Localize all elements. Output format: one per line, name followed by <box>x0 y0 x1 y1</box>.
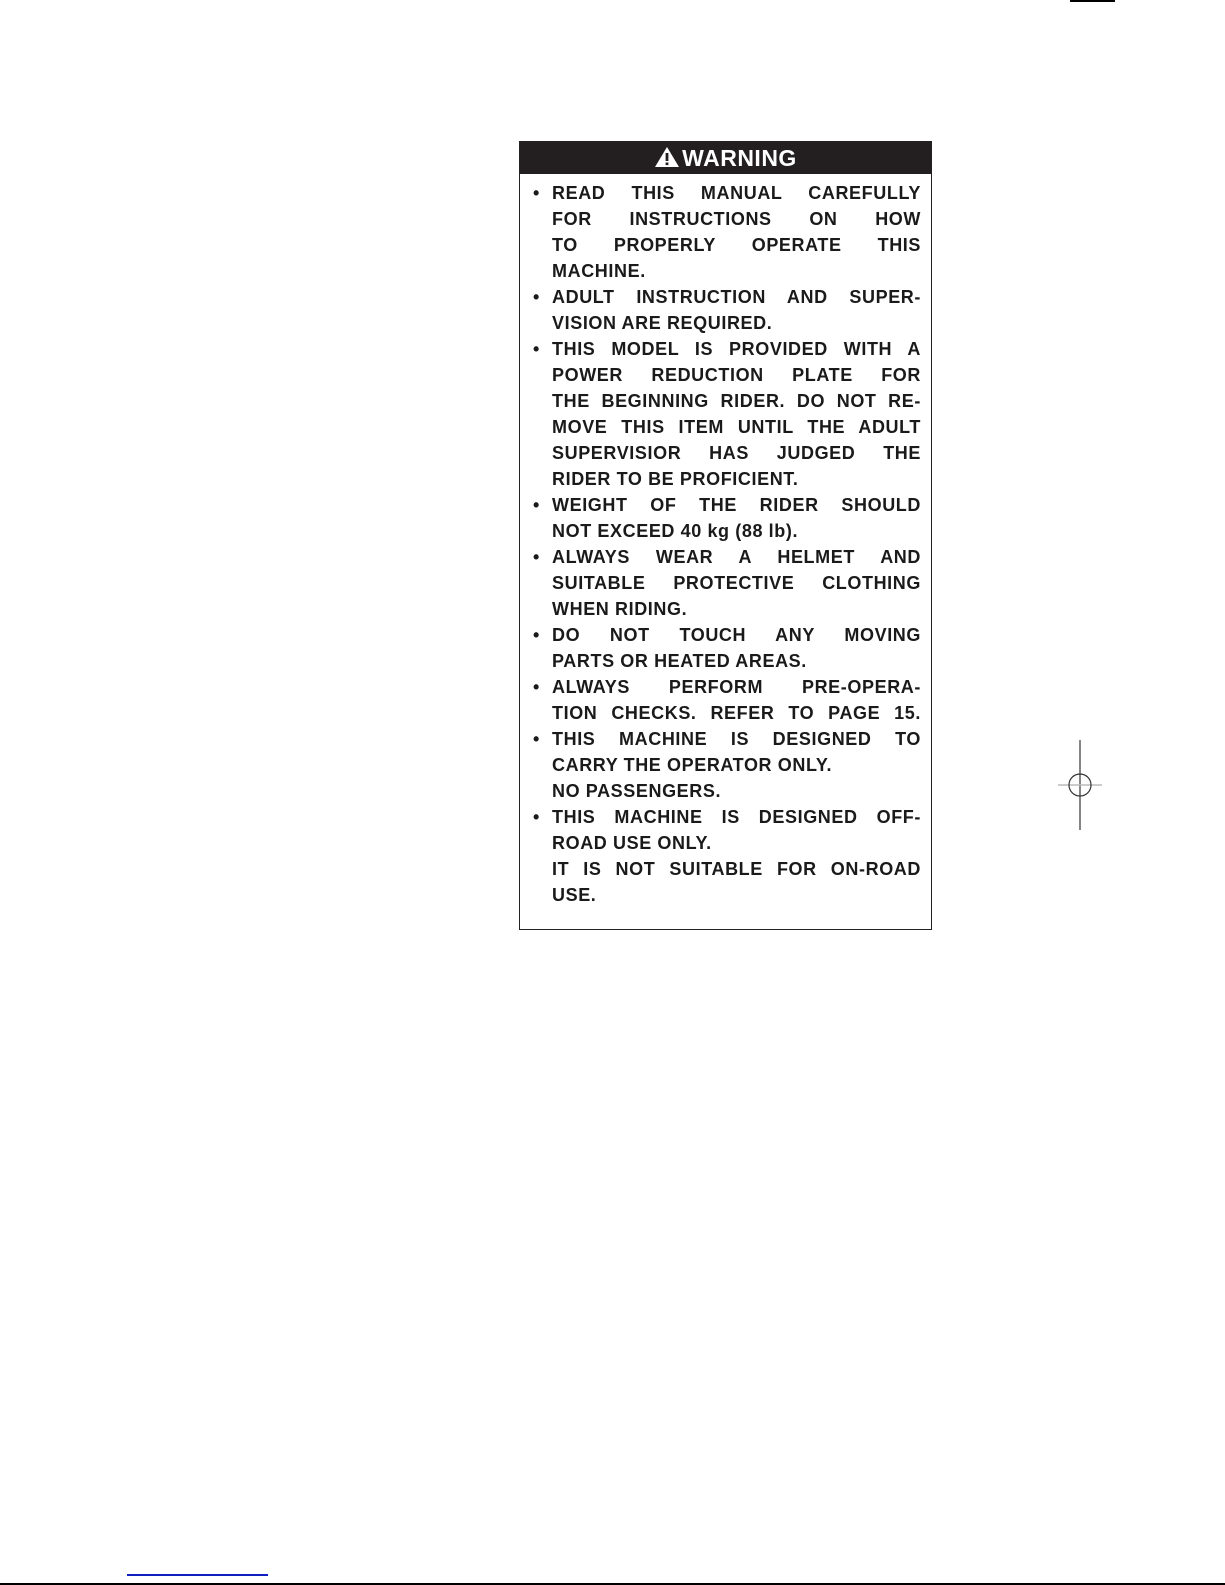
warning-line: RIDER TO BE PROFICIENT. <box>552 466 921 492</box>
warning-line: ADULT INSTRUCTION AND SUPER- <box>552 284 921 310</box>
warning-line: CARRY THE OPERATOR ONLY. <box>552 752 921 778</box>
warning-box: WARNING • READ THIS MANUAL CAREFULLY FOR… <box>519 141 932 930</box>
warning-line: USE. <box>552 882 921 908</box>
bullet: • <box>533 284 540 310</box>
warning-item: • DO NOT TOUCH ANY MOVING PARTS OR HEATE… <box>530 622 921 674</box>
blue-underline-mark <box>127 1574 268 1576</box>
bullet: • <box>533 492 540 518</box>
bullet: • <box>533 674 540 700</box>
warning-line: SUITABLE PROTECTIVE CLOTHING <box>552 570 921 596</box>
warning-line: TO PROPERLY OPERATE THIS <box>552 232 921 258</box>
bullet: • <box>533 336 540 362</box>
warning-item: • WEIGHT OF THE RIDER SHOULD NOT EXCEED … <box>530 492 921 544</box>
warning-line: WEIGHT OF THE RIDER SHOULD <box>552 492 921 518</box>
warning-triangle-icon <box>654 146 680 168</box>
warning-line: DO NOT TOUCH ANY MOVING <box>552 622 921 648</box>
warning-item: • THIS MODEL IS PROVIDED WITH A POWER RE… <box>530 336 921 492</box>
bullet: • <box>533 726 540 752</box>
warning-line: TION CHECKS. REFER TO PAGE 15. <box>552 700 921 726</box>
bullet: • <box>533 622 540 648</box>
warning-line: FOR INSTRUCTIONS ON HOW <box>552 206 921 232</box>
bullet: • <box>533 544 540 570</box>
warning-line: PARTS OR HEATED AREAS. <box>552 648 921 674</box>
warning-line: THIS MACHINE IS DESIGNED TO <box>552 726 921 752</box>
crop-mark-top <box>1070 0 1115 2</box>
warning-line: NOT EXCEED 40 kg (88 lb). <box>552 518 921 544</box>
warning-line: THIS MACHINE IS DESIGNED OFF- <box>552 804 921 830</box>
warning-line: POWER REDUCTION PLATE FOR <box>552 362 921 388</box>
warning-line: SUPERVISIOR HAS JUDGED THE <box>552 440 921 466</box>
warning-item: • ADULT INSTRUCTION AND SUPER- VISION AR… <box>530 284 921 336</box>
warning-title: WARNING <box>682 145 797 172</box>
warning-item: • ALWAYS PERFORM PRE-OPERA- TION CHECKS.… <box>530 674 921 726</box>
warning-line: READ THIS MANUAL CAREFULLY <box>552 180 921 206</box>
warning-line: IT IS NOT SUITABLE FOR ON-ROAD <box>552 856 921 882</box>
bullet: • <box>533 180 540 206</box>
warning-line: MOVE THIS ITEM UNTIL THE ADULT <box>552 414 921 440</box>
crosshair-registration-icon <box>1058 740 1102 830</box>
warning-line: THE BEGINNING RIDER. DO NOT RE- <box>552 388 921 414</box>
warning-line: NO PASSENGERS. <box>552 778 921 804</box>
warning-item: • THIS MACHINE IS DESIGNED OFF- ROAD USE… <box>530 804 921 908</box>
warning-line: ALWAYS WEAR A HELMET AND <box>552 544 921 570</box>
warning-line: ROAD USE ONLY. <box>552 830 921 856</box>
warning-item: • THIS MACHINE IS DESIGNED TO CARRY THE … <box>530 726 921 804</box>
warning-list: • READ THIS MANUAL CAREFULLY FOR INSTRUC… <box>520 174 931 908</box>
warning-line: ALWAYS PERFORM PRE-OPERA- <box>552 674 921 700</box>
warning-item: • READ THIS MANUAL CAREFULLY FOR INSTRUC… <box>530 180 921 284</box>
warning-line: WHEN RIDING. <box>552 596 921 622</box>
warning-line: THIS MODEL IS PROVIDED WITH A <box>552 336 921 362</box>
bullet: • <box>533 804 540 830</box>
warning-line: MACHINE. <box>552 258 921 284</box>
warning-line: VISION ARE REQUIRED. <box>552 310 921 336</box>
warning-header: WARNING <box>520 142 931 174</box>
warning-item: • ALWAYS WEAR A HELMET AND SUITABLE PROT… <box>530 544 921 622</box>
